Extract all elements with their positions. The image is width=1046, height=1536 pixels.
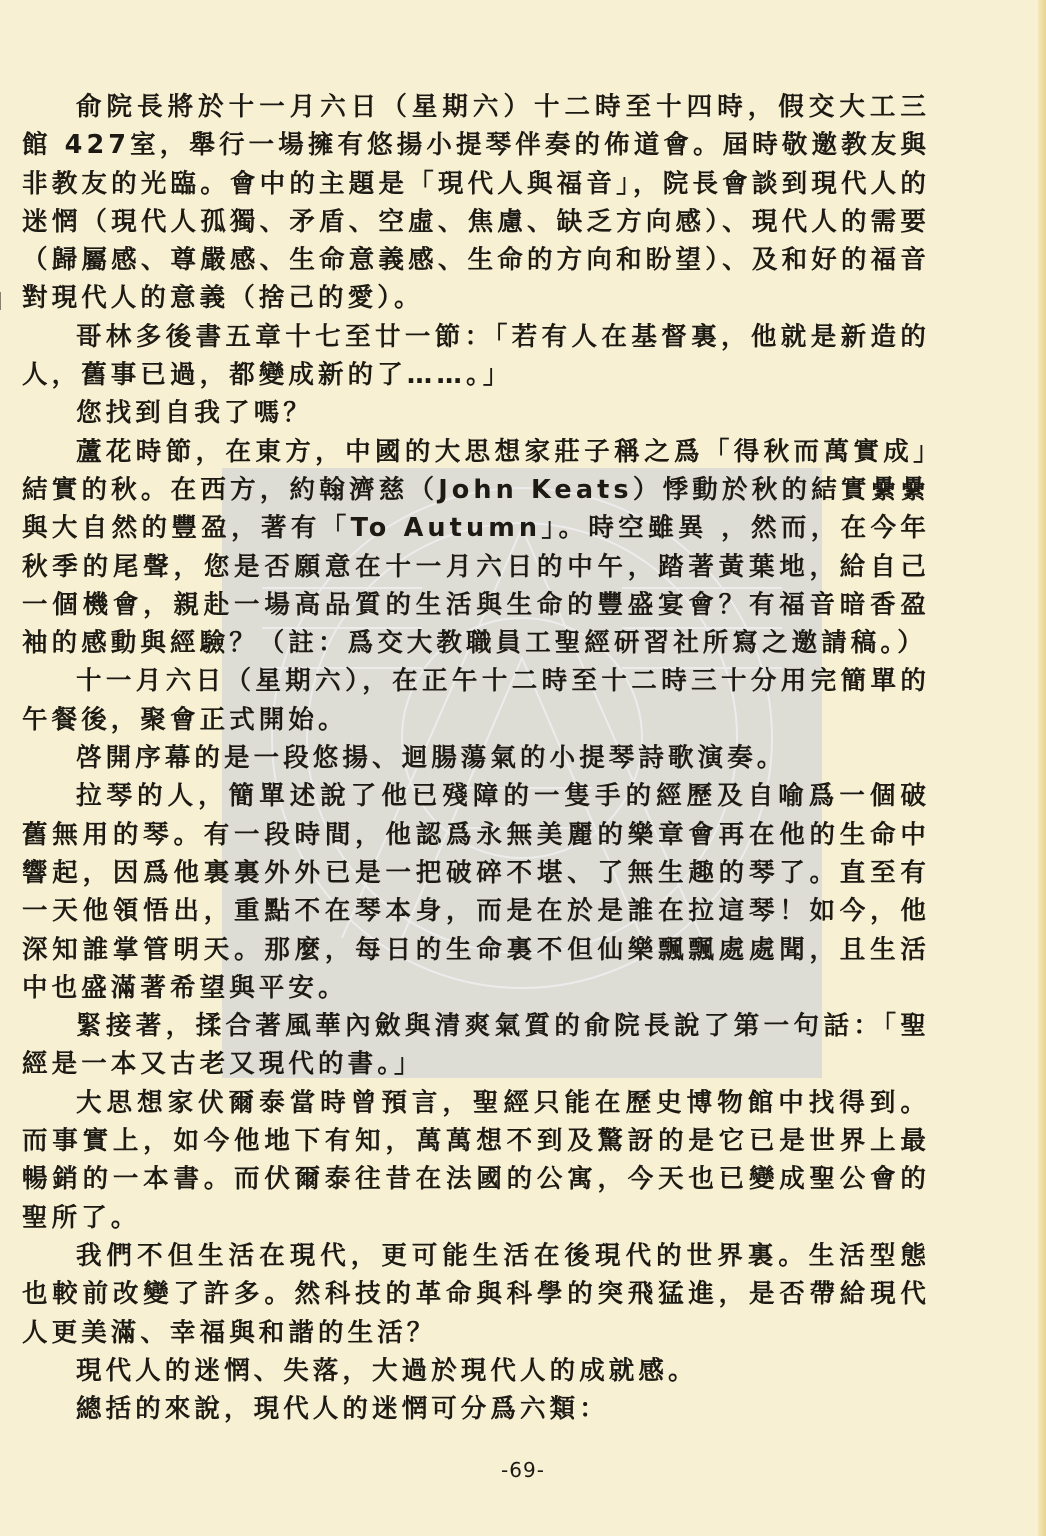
paragraph: 現代人的迷惘、失落，大過於現代人的成就感。 xyxy=(22,1352,930,1390)
paragraph: 緊接著，揉合著風華內斂與清爽氣質的俞院長說了第一句話：「聖經是一本又古老又現代的… xyxy=(22,1007,930,1084)
paragraph: 大思想家伏爾泰當時曾預言，聖經只能在歷史博物館中找得到。而事實上，如今他地下有知… xyxy=(22,1084,930,1237)
paragraph: 蘆花時節，在東方，中國的大思想家莊子稱之爲「得秋而萬實成」結實的秋。在西方，約翰… xyxy=(22,433,930,663)
paragraph: 啓開序幕的是一段悠揚、迴腸蕩氣的小提琴詩歌演奏。 xyxy=(22,739,930,777)
paragraph: 我們不但生活在現代，更可能生活在後現代的世界裏。生活型態也較前改變了許多。然科技… xyxy=(22,1237,930,1352)
article-body: 俞院長將於十一月六日（星期六）十二時至十四時，假交大工三館 427室，舉行一場擁… xyxy=(22,88,930,1428)
margin-mark xyxy=(0,292,11,310)
paragraph: 您找到自我了嗎？ xyxy=(22,394,930,432)
page-edge xyxy=(1038,0,1046,1536)
paragraph: 俞院長將於十一月六日（星期六）十二時至十四時，假交大工三館 427室，舉行一場擁… xyxy=(22,88,930,318)
paragraph: 總括的來說，現代人的迷惘可分爲六類： xyxy=(22,1390,930,1428)
paragraph: 拉琴的人，簡單述說了他已殘障的一隻手的經歷及自喻爲一個破舊無用的琴。有一段時間，… xyxy=(22,777,930,1007)
paragraph: 十一月六日（星期六），在正午十二時至十二時三十分用完簡單的午餐後，聚會正式開始。 xyxy=(22,662,930,739)
paragraph: 哥林多後書五章十七至廿一節：「若有人在基督裏，他就是新造的人，舊事已過，都變成新… xyxy=(22,318,930,395)
page-number: -69- xyxy=(0,1458,1046,1482)
